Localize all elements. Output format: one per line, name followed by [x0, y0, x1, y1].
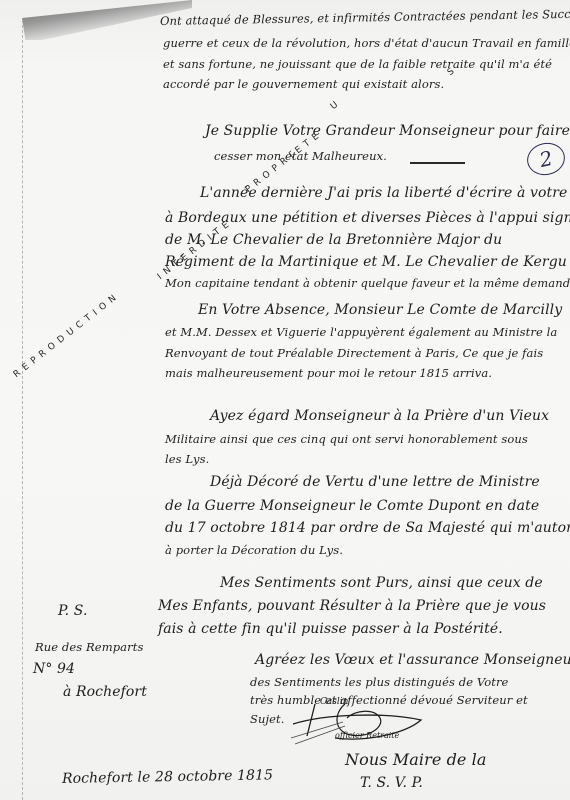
separator-rule	[410, 162, 465, 164]
closing-line: Sujet.	[250, 712, 285, 726]
body-line: accordé par le gouvernement qui existait…	[163, 77, 444, 91]
stamp-interdite: INTERDITE	[156, 217, 235, 282]
margin-rule	[22, 20, 23, 800]
body-line: Renvoyant de tout Préalable Directement …	[165, 346, 543, 360]
body-line: Déjà Décoré de Vertu d'une lettre de Min…	[210, 474, 540, 490]
body-line: Mon capitaine tendant à obtenir quelque …	[165, 276, 570, 290]
stamp-reproduction: REPRODUCTION	[12, 291, 123, 380]
page-number-circle: 2	[524, 139, 568, 178]
closing-line: Agréez les Vœux et l'assurance Monseigne…	[255, 652, 570, 668]
body-line: à porter la Décoration du Lys.	[165, 543, 343, 557]
signature-name: Caslin	[320, 697, 348, 707]
body-line: mais malheureusement pour moi le retour …	[165, 366, 492, 380]
body-line: Militaire ainsi que ces cinq qui ont ser…	[165, 432, 528, 446]
body-line: En Votre Absence, Monsieur Le Comte de M…	[198, 302, 562, 318]
address-street: Rue des Remparts	[35, 640, 143, 654]
body-line: Mes Enfants, pouvant Résulter à la Prièr…	[158, 598, 546, 614]
body-line: guerre et ceux de la révolution, hors d'…	[163, 36, 570, 50]
body-line: Je Supplie Votre Grandeur Monseigneur po…	[205, 123, 570, 139]
body-line: et sans fortune, ne jouissant que de la …	[163, 57, 552, 71]
signature-flourish	[285, 698, 425, 748]
closing-line: des Sentiments les plus distingués de Vo…	[250, 675, 508, 689]
body-line: Mes Sentiments sont Purs, ainsi que ceux…	[220, 575, 543, 591]
address-city: à Rochefort	[63, 684, 147, 700]
postscript-label: P. S.	[58, 603, 88, 619]
body-line: Régiment de la Martinique et M. Le Cheva…	[165, 254, 567, 270]
signature-title: officier Retraité	[335, 731, 399, 740]
document-page: Ont attaqué de Blessures, et infirmités …	[0, 0, 570, 800]
body-line: du 17 octobre 1814 par ordre de Sa Majes…	[165, 520, 570, 536]
mayor-note-line2: T. S. V. P.	[360, 775, 423, 791]
body-line: de la Guerre Monseigneur le Comte Dupont…	[165, 498, 539, 514]
date-line: Rochefort le 28 octobre 1815	[62, 767, 273, 787]
mayor-note-line1: Nous Maire de la	[345, 750, 487, 769]
stamp-fragment-u: U	[329, 97, 344, 112]
body-line: fais à cette fin qu'il puisse passer à l…	[158, 621, 503, 637]
page-number: 2	[537, 146, 554, 172]
body-line: Ayez égard Monseigneur à la Prière d'un …	[210, 408, 549, 424]
body-line: Ont attaqué de Blessures, et infirmités …	[160, 6, 570, 28]
body-line: les Lys.	[165, 452, 209, 466]
address-number: N° 94	[33, 661, 75, 677]
body-line: et M.M. Dessex et Viguerie l'appuyèrent …	[165, 325, 557, 339]
